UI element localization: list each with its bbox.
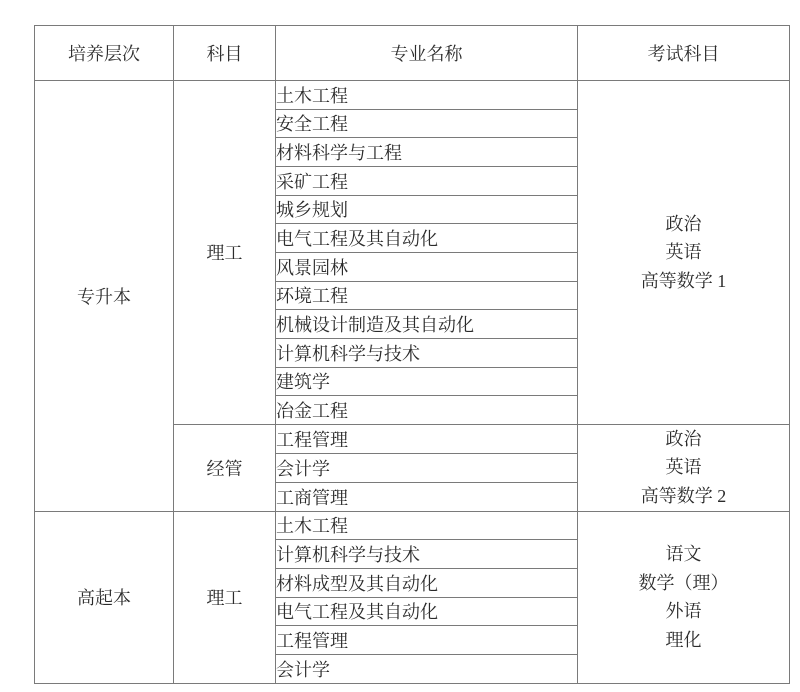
major-cell: 材料科学与工程 bbox=[276, 138, 578, 167]
major-cell: 计算机科学与技术 bbox=[276, 338, 578, 367]
header-cell-level: 培养层次 bbox=[35, 26, 174, 81]
header-cell-major: 专业名称 bbox=[276, 26, 578, 81]
enrollment-table-container: 培养层次 科目 专业名称 考试科目 专升本 理工 土木工程 政治 英语 高等数学… bbox=[34, 25, 790, 684]
major-cell: 计算机科学与技术 bbox=[276, 540, 578, 569]
exam-subject: 语文 bbox=[578, 540, 789, 569]
exam-subject: 高等数学 1 bbox=[578, 267, 789, 296]
major-cell: 城乡规划 bbox=[276, 195, 578, 224]
page-root: { "table": { "columns": { "level": "培养层次… bbox=[0, 0, 800, 692]
major-cell: 采矿工程 bbox=[276, 166, 578, 195]
exam-cell-2: 政治 英语 高等数学 2 bbox=[578, 424, 790, 511]
exam-subject: 政治 bbox=[578, 210, 789, 239]
major-cell: 工程管理 bbox=[276, 424, 578, 453]
major-cell: 材料成型及其自动化 bbox=[276, 568, 578, 597]
exam-subject: 外语 bbox=[578, 597, 789, 626]
exam-cell-3: 语文 数学（理） 外语 理化 bbox=[578, 511, 790, 683]
major-cell: 安全工程 bbox=[276, 109, 578, 138]
table-row: 专升本 理工 土木工程 政治 英语 高等数学 1 bbox=[35, 81, 790, 110]
subject-cell-ligong-1: 理工 bbox=[174, 81, 276, 425]
major-cell: 冶金工程 bbox=[276, 396, 578, 425]
major-cell: 工程管理 bbox=[276, 626, 578, 655]
major-cell: 风景园林 bbox=[276, 252, 578, 281]
enrollment-table: 培养层次 科目 专业名称 考试科目 专升本 理工 土木工程 政治 英语 高等数学… bbox=[34, 25, 790, 684]
major-cell: 土木工程 bbox=[276, 81, 578, 110]
major-cell: 环境工程 bbox=[276, 281, 578, 310]
level-cell-zhuanshengben: 专升本 bbox=[35, 81, 174, 512]
header-cell-exam: 考试科目 bbox=[578, 26, 790, 81]
major-cell: 工商管理 bbox=[276, 482, 578, 511]
major-cell: 建筑学 bbox=[276, 367, 578, 396]
header-row: 培养层次 科目 专业名称 考试科目 bbox=[35, 26, 790, 81]
major-cell: 电气工程及其自动化 bbox=[276, 224, 578, 253]
exam-subject: 高等数学 2 bbox=[578, 482, 789, 511]
major-cell: 会计学 bbox=[276, 654, 578, 683]
table-row: 高起本 理工 土木工程 语文 数学（理） 外语 理化 bbox=[35, 511, 790, 540]
exam-subject: 数学（理） bbox=[578, 569, 789, 598]
subject-cell-jingguan: 经管 bbox=[174, 424, 276, 511]
exam-subject: 英语 bbox=[578, 453, 789, 482]
exam-subject: 政治 bbox=[578, 425, 789, 454]
major-cell: 会计学 bbox=[276, 453, 578, 482]
major-cell: 电气工程及其自动化 bbox=[276, 597, 578, 626]
exam-cell-1: 政治 英语 高等数学 1 bbox=[578, 81, 790, 425]
exam-subject: 理化 bbox=[578, 626, 789, 655]
level-cell-gaoqiben: 高起本 bbox=[35, 511, 174, 683]
subject-cell-ligong-2: 理工 bbox=[174, 511, 276, 683]
major-cell: 土木工程 bbox=[276, 511, 578, 540]
exam-subject: 英语 bbox=[578, 238, 789, 267]
header-cell-subject: 科目 bbox=[174, 26, 276, 81]
major-cell: 机械设计制造及其自动化 bbox=[276, 310, 578, 339]
